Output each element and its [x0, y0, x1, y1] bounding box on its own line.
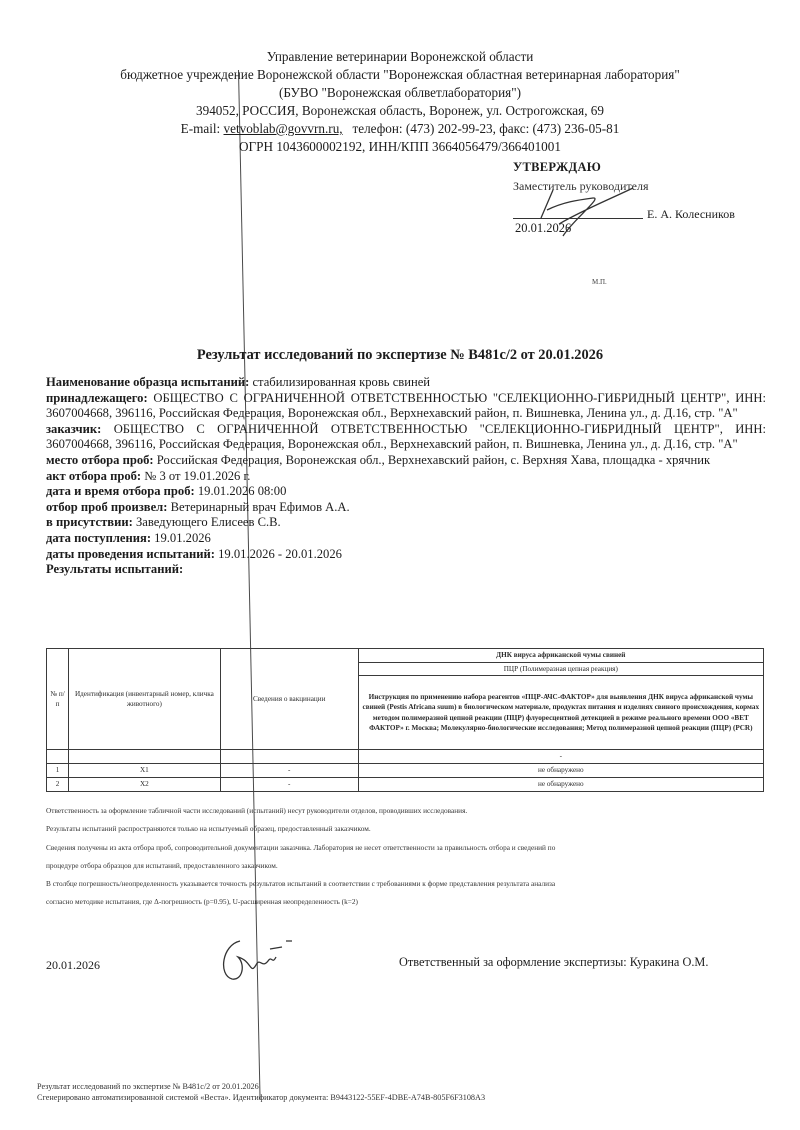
approver-name: Е. А. Колесников — [647, 207, 735, 222]
cell-result: не обнаружено — [358, 764, 763, 778]
col-header-identification: Идентификация (инвентарный номер, кличка… — [68, 649, 220, 750]
letterhead: Управление ветеринарии Воронежской облас… — [0, 48, 800, 156]
norm-value: - — [358, 750, 763, 764]
note-source-cont: процедуре отбора образцов для испытаний,… — [46, 857, 766, 875]
note-uncertainty: В столбце погрешность/неопределенность у… — [46, 875, 766, 893]
field-received-date: дата поступления: 19.01.2026 — [46, 531, 766, 547]
letterhead-contacts: E-mail: vetvoblab@govvrn.ru, телефон: (4… — [0, 120, 800, 138]
page-footer: Результат исследований по экспертизе № В… — [37, 1081, 485, 1103]
cell-vaccination: - — [220, 778, 358, 792]
field-customer: заказчик: ОБЩЕСТВО С ОГРАНИЧЕННОЙ ОТВЕТС… — [46, 422, 766, 453]
col-header-indicator: ДНК вируса африканской чумы свиней — [358, 649, 763, 663]
letterhead-registration: ОГРН 1043600002192, ИНН/КПП 3664056479/3… — [0, 138, 800, 156]
letterhead-authority: Управление ветеринарии Воронежской облас… — [0, 48, 800, 66]
signoff-date: 20.01.2026 — [46, 958, 100, 973]
field-results-heading: Результаты испытаний: — [46, 562, 766, 578]
col-header-method: ПЦР (Полимеразная цепная реакция) — [358, 662, 763, 676]
sample-details: Наименование образца испытаний: стабилиз… — [46, 375, 766, 578]
note-uncertainty-cont: согласно методике испытания, где Δ-погре… — [46, 893, 766, 911]
norm-spacer — [220, 750, 358, 764]
field-test-dates: даты проведения испытаний: 19.01.2026 - … — [46, 547, 766, 563]
signature-line — [513, 218, 643, 219]
letterhead-org-short: (БУВО "Воронежская облветлаборатория") — [0, 84, 800, 102]
note-responsibility: Ответственность за оформление табличной … — [46, 802, 766, 820]
approval-block: УТВЕРЖДАЮ Заместитель руководителя Е. А.… — [513, 160, 649, 194]
cell-identification: X2 — [68, 778, 220, 792]
col-header-vaccination: Сведения о вакцинации — [220, 649, 358, 750]
email-label: E-mail: — [181, 121, 221, 136]
table-row: 2 X2 - не обнаружено — [47, 778, 764, 792]
norm-spacer — [68, 750, 220, 764]
stamp-placeholder: М.П. — [592, 278, 607, 286]
phone-fax: телефон: (473) 202-99-23, факс: (473) 23… — [352, 121, 619, 136]
document-page: Управление ветеринарии Воронежской облас… — [0, 0, 800, 1130]
cell-result: не обнаружено — [358, 778, 763, 792]
field-sampling-datetime: дата и время отбора проб: 19.01.2026 08:… — [46, 484, 766, 500]
table-header-row: № п/п Идентификация (инвентарный номер, … — [47, 649, 764, 663]
field-sampling-act: акт отбора проб: № 3 от 19.01.2026 г. — [46, 469, 766, 485]
responsible-person: Ответственный за оформление экспертизы: … — [399, 955, 708, 970]
cell-number: 2 — [47, 778, 69, 792]
field-sample-name: Наименование образца испытаний: стабилиз… — [46, 375, 766, 391]
note-scope: Результаты испытаний распространяются то… — [46, 820, 766, 838]
col-header-number: № п/п — [47, 649, 69, 750]
cell-number: 1 — [47, 764, 69, 778]
notes-section: Ответственность за оформление табличной … — [46, 802, 766, 912]
field-sampling-place: место отбора проб: Российская Федерация,… — [46, 453, 766, 469]
norm-spacer — [47, 750, 69, 764]
note-source: Сведения получены из акта отбора проб, с… — [46, 839, 766, 857]
table-norm-row: - — [47, 750, 764, 764]
letterhead-address: 394052, РОССИЯ, Воронежская область, Вор… — [0, 102, 800, 120]
col-header-method-document: Инструкция по применению набора реагенто… — [358, 676, 763, 750]
field-owner: принадлежащего: ОБЩЕСТВО С ОГРАНИЧЕННОЙ … — [46, 391, 766, 422]
results-table: № п/п Идентификация (инвентарный номер, … — [46, 648, 764, 792]
field-sampled-by: отбор проб произвел: Ветеринарный врач Е… — [46, 500, 766, 516]
field-in-presence: в присутствии: Заведующего Елисеев С.В. — [46, 515, 766, 531]
footer-generated-by: Сгенерировано автоматизированной системо… — [37, 1092, 485, 1103]
document-title: Результат исследований по экспертизе № В… — [0, 347, 800, 364]
approval-title: УТВЕРЖДАЮ — [513, 160, 649, 175]
footer-reference: Результат исследований по экспертизе № В… — [37, 1081, 485, 1092]
letterhead-org-name: бюджетное учреждение Воронежской области… — [0, 66, 800, 84]
cell-identification: X1 — [68, 764, 220, 778]
cell-vaccination: - — [220, 764, 358, 778]
email-link[interactable]: vetvoblab@govvrn.ru, — [224, 121, 343, 136]
signature-icon — [212, 935, 302, 985]
approval-date: 20.01.2026 — [515, 221, 571, 236]
table-row: 1 X1 - не обнаружено — [47, 764, 764, 778]
